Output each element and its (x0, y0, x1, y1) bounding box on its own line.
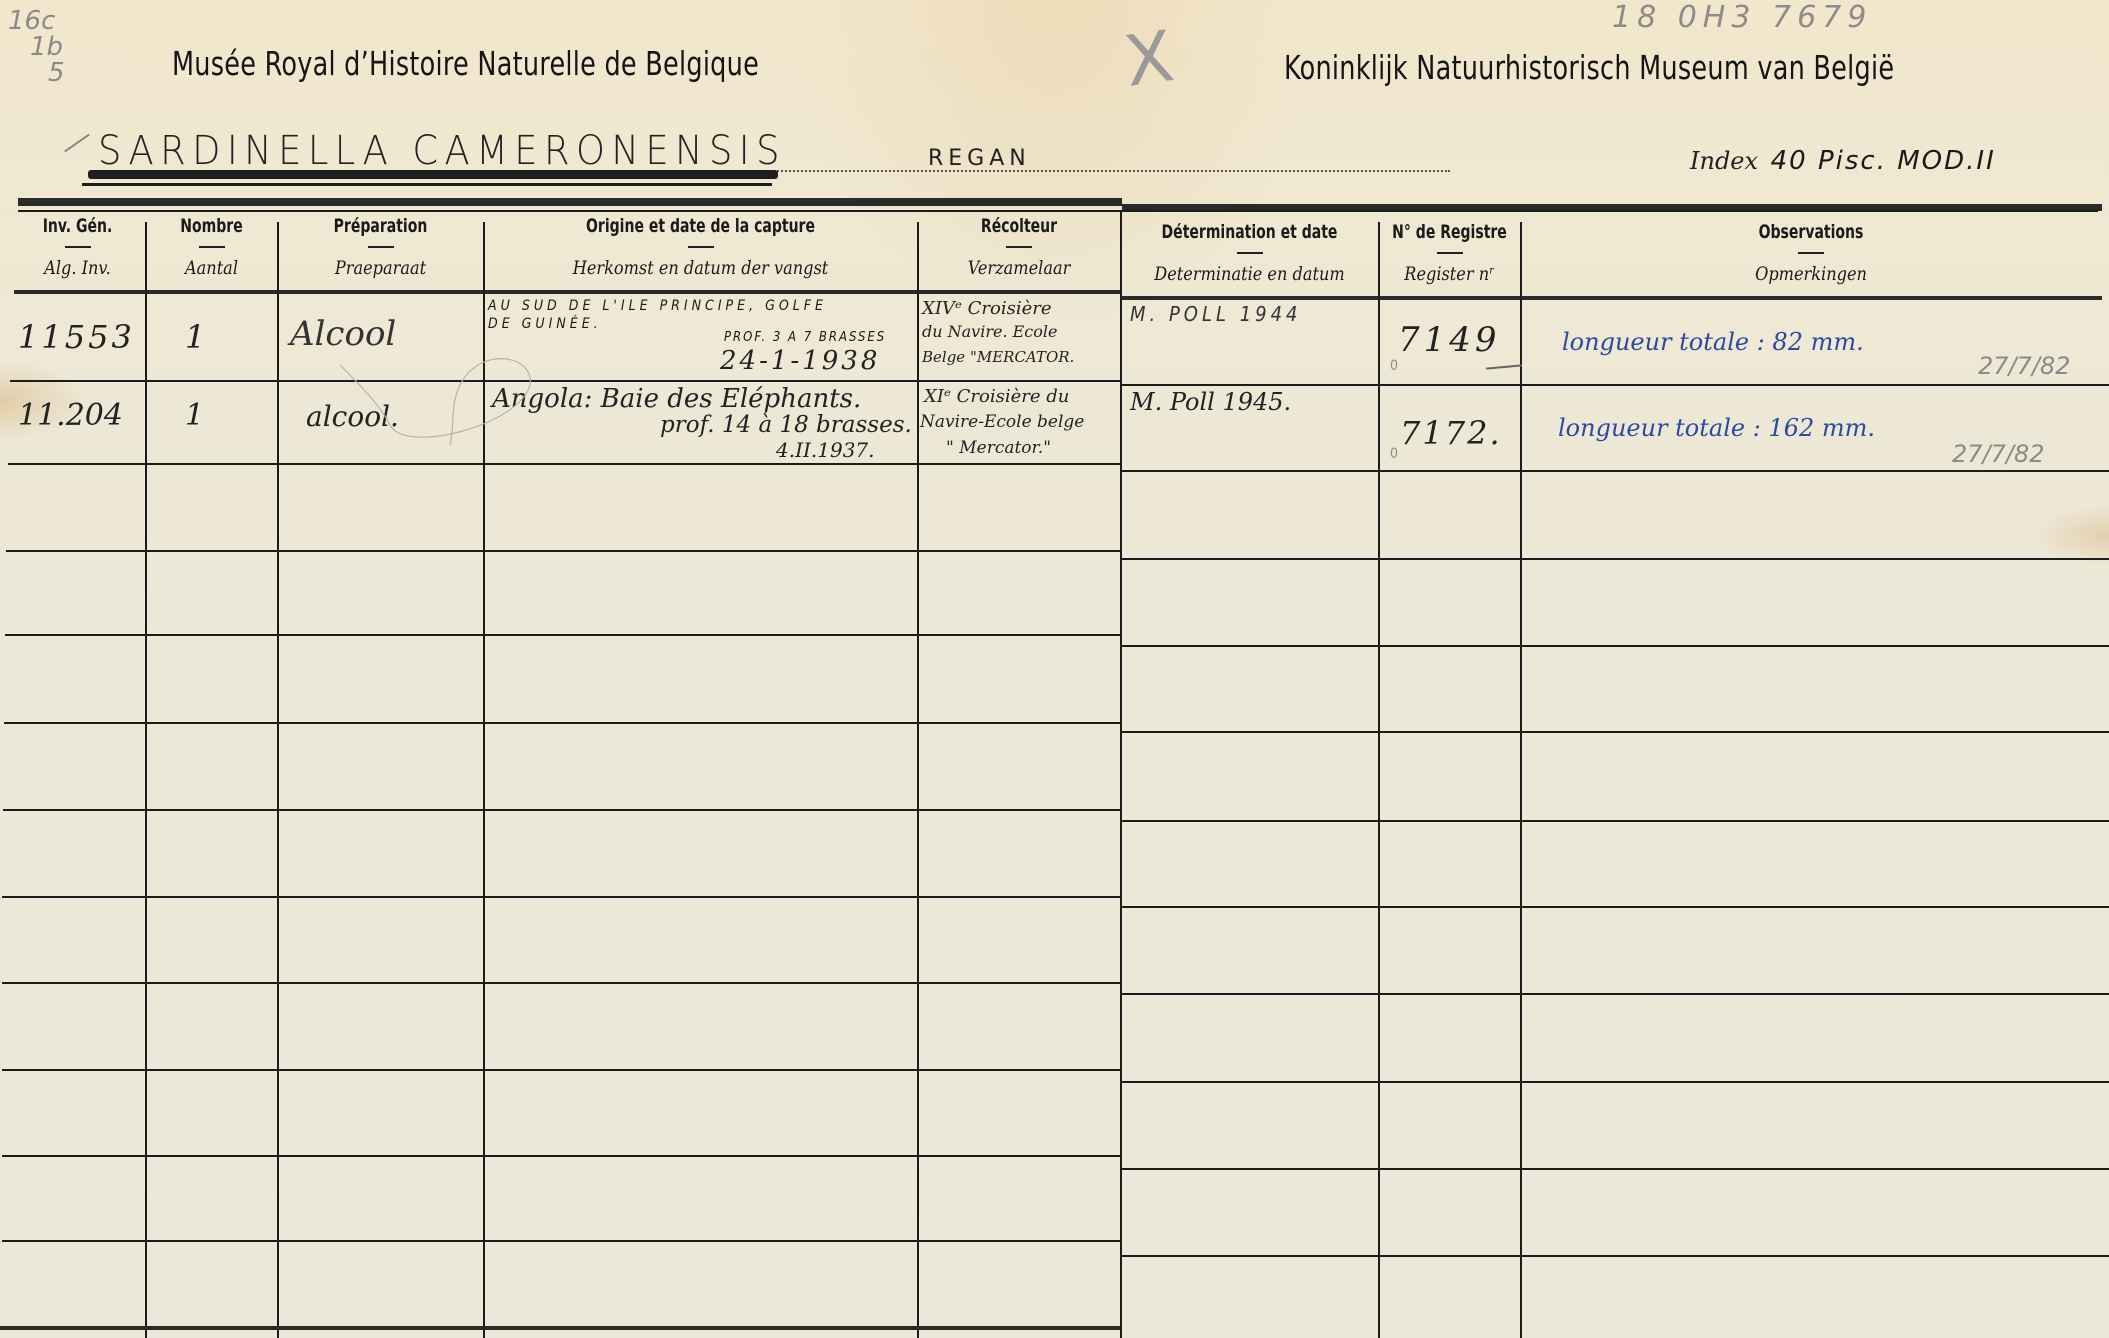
row2-determination: M. Poll 1945. (1130, 388, 1291, 416)
row2-recolteur-l1: XIᵉ Croisière du (924, 386, 1069, 407)
pencil-note-3: 5 (48, 60, 65, 86)
col-header-inv: Inv. Gén.Alg. Inv. (10, 215, 145, 279)
col-header-origine: Origine et date de la captureHerkomst en… (484, 215, 917, 279)
row-line-right (1121, 1255, 2109, 1257)
row1-origine-date: 24-1-1938 (720, 346, 880, 376)
row-line-left (2, 1240, 1120, 1242)
col-header-preparation: PréparationPraeparaat (278, 215, 483, 279)
col-header-determination: Détermination et dateDeterminatie en dat… (1121, 221, 1378, 285)
col-divider-6 (1378, 222, 1380, 1338)
row2-obs-date: 27/7/82 (1952, 440, 2045, 468)
row2-registre-prefix: 0 (1390, 446, 1398, 462)
col-divider-2 (277, 222, 279, 1338)
row1-obs-date: 27/7/82 (1978, 352, 2071, 380)
corner-pencil-notes: 16c 1b 5 (8, 8, 65, 86)
row2-inv: 11.204 (18, 398, 123, 433)
row-line-left (4, 722, 1120, 724)
col-divider-7 (1520, 222, 1522, 1338)
header-top-thin (18, 210, 2098, 212)
row2-registre: 7172. (1400, 414, 1502, 452)
species-underline-1 (88, 170, 778, 179)
row-line-left (10, 380, 1120, 382)
row-line-left (6, 550, 1120, 552)
row2-recolteur-l2: Navire-Ecole belge (920, 412, 1084, 432)
index-field: Index 40 Pisc. MOD.II (1690, 146, 1996, 176)
catalog-number: 18 0H3 7679 (1612, 0, 1872, 35)
row-line-right (1121, 558, 2109, 560)
row1-determination: M. POLL 1944 (1130, 302, 1302, 326)
title-dutch: Koninklijk Natuurhistorisch Museum van B… (1284, 48, 1894, 87)
row-line-right (1121, 470, 2109, 472)
row2-observation: longueur totale : 162 mm. (1558, 414, 1875, 442)
col-header-observations: ObservationsOpmerkingen (1521, 221, 2101, 285)
species-name: SARDINELLA CAMERONENSIS (98, 128, 786, 174)
row2-recolteur-l3: " Mercator." (946, 438, 1051, 458)
row-line-left (3, 809, 1120, 811)
title-french: Musée Royal d’Histoire Naturelle de Belg… (172, 44, 759, 83)
row1-origine-l1: AU SUD DE L'ILE PRINCIPE, GOLFE (488, 298, 827, 314)
row1-nombre: 1 (185, 318, 205, 356)
row-line-right (1121, 1081, 2109, 1083)
pencil-note-1: 16c (8, 8, 65, 34)
row-line-right (1121, 820, 2109, 822)
index-label: Index (1690, 147, 1758, 175)
row-line-left (2, 896, 1120, 898)
row2-origine-l2: prof. 14 à 18 brasses. (660, 412, 912, 438)
row-line-left (2, 982, 1120, 984)
row-line-right (1121, 993, 2109, 995)
row1-registre-dash (1486, 364, 1522, 369)
species-slash (64, 134, 90, 153)
header-top-bar-left (18, 198, 1122, 206)
row-line-left (2, 1069, 1120, 1071)
row-line-left-bottom (0, 1326, 1120, 1330)
row1-recolteur-l3: Belge "MERCATOR. (922, 348, 1074, 366)
col-divider-4 (917, 222, 919, 1338)
row-line-right (1121, 731, 2109, 733)
row-line-right (1121, 1168, 2109, 1170)
pencil-swirl (280, 325, 540, 465)
row1-recolteur-l1: XIVᵉ Croisière (922, 298, 1052, 319)
col-header-registre: N° de RegistreRegister nʳ (1379, 221, 1520, 285)
row1-recolteur-l2: du Navire. Ecole (922, 322, 1057, 341)
col-header-recolteur: RécolteurVerzamelaar (918, 215, 1120, 279)
pencil-x-mark: X (1120, 15, 1179, 103)
row1-registre-prefix: 0 (1390, 358, 1398, 374)
row-line-left (8, 463, 1120, 465)
row-line-right (1121, 645, 2109, 647)
pencil-note-2: 1b (30, 34, 65, 60)
header-bottom-left (14, 290, 1120, 294)
row1-registre: 7149 (1398, 320, 1501, 360)
row1-observation: longueur totale : 82 mm. (1562, 328, 1864, 356)
row2-origine-date: 4.II.1937. (776, 438, 875, 462)
header-bottom-right (1122, 296, 2102, 300)
species-author: REGAN (928, 146, 1031, 171)
col-divider-1 (145, 222, 147, 1338)
row1-origine-l3: PROF. 3 A 7 BRASSES (724, 330, 886, 345)
index-value: 40 Pisc. MOD.II (1771, 146, 1996, 176)
row2-origine-l1: Angola: Baie des Eléphants. (492, 384, 861, 414)
col-header-nombre: NombreAantal (146, 215, 277, 279)
row-line-left (5, 634, 1120, 636)
species-underline-2 (82, 183, 772, 186)
row-line-left (2, 1155, 1120, 1157)
row2-nombre: 1 (185, 398, 204, 433)
row-line-right (1121, 384, 2109, 386)
row1-inv: 11553 (18, 318, 135, 356)
row-line-right (1121, 906, 2109, 908)
